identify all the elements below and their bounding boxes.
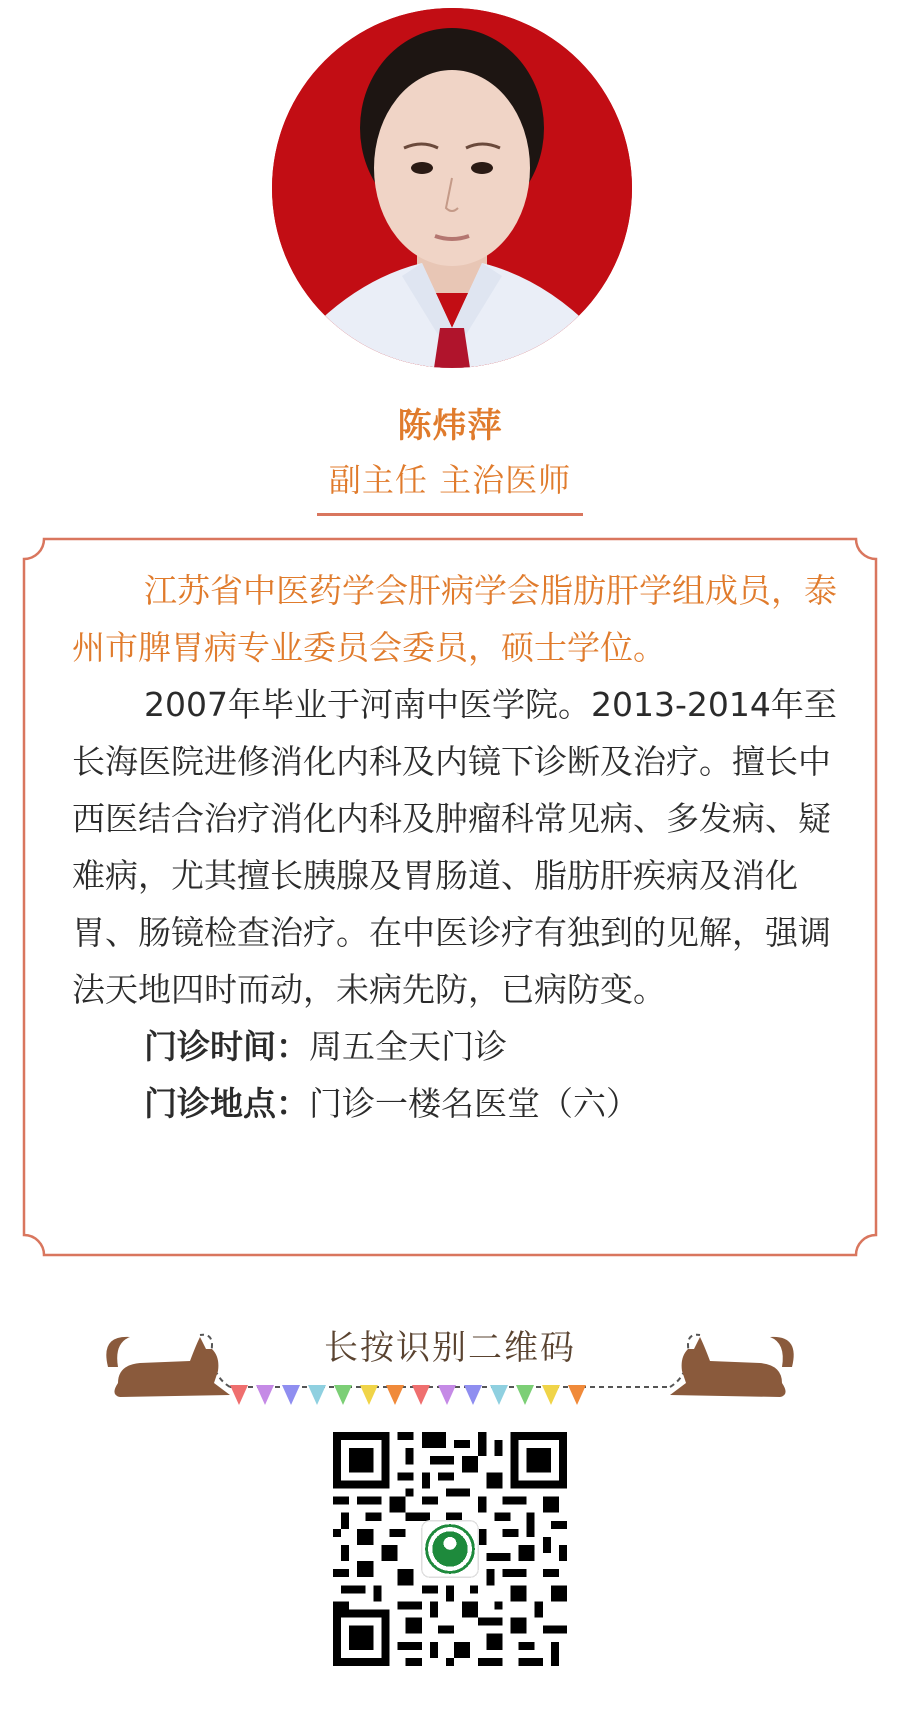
- qr-header: 长按识别二维码: [0, 1305, 900, 1415]
- clinic-time: 门诊时间：周五全天门诊: [72, 1018, 840, 1075]
- qr-code-image: [333, 1432, 567, 1666]
- clinic-location-value: 门诊一楼名医堂（六）: [309, 1084, 639, 1123]
- doctor-name: 陈炜萍: [0, 398, 900, 447]
- bio-card: 江苏省中医药学会肝病学会脂肪肝学组成员，泰州市脾胃病专业委员会委员，硕士学位。 …: [22, 537, 878, 1257]
- doctor-title: 副主任 主治医师: [0, 455, 900, 501]
- title-divider: [317, 513, 583, 516]
- clinic-time-label: 门诊时间：: [144, 1027, 309, 1066]
- qr-code[interactable]: [333, 1432, 567, 1666]
- doctor-photo: [272, 8, 632, 368]
- affiliations-text: 江苏省中医药学会肝病学会脂肪肝学组成员，泰州市脾胃病专业委员会委员，硕士学位。: [72, 562, 840, 676]
- qr-caption: 长按识别二维码: [0, 1320, 900, 1369]
- bio-content: 江苏省中医药学会肝病学会脂肪肝学组成员，泰州市脾胃病专业委员会委员，硕士学位。 …: [72, 562, 840, 1132]
- clinic-location: 门诊地点：门诊一楼名医堂（六）: [72, 1075, 840, 1132]
- portrait-illustration: [272, 8, 632, 368]
- bunting-flags: [230, 1385, 586, 1405]
- clinic-time-value: 周五全天门诊: [309, 1027, 507, 1066]
- clinic-location-label: 门诊地点：: [144, 1084, 309, 1123]
- description-text: 2007年毕业于河南中医学院。2013-2014年至长海医院进修消化内科及内镜下…: [72, 676, 840, 1018]
